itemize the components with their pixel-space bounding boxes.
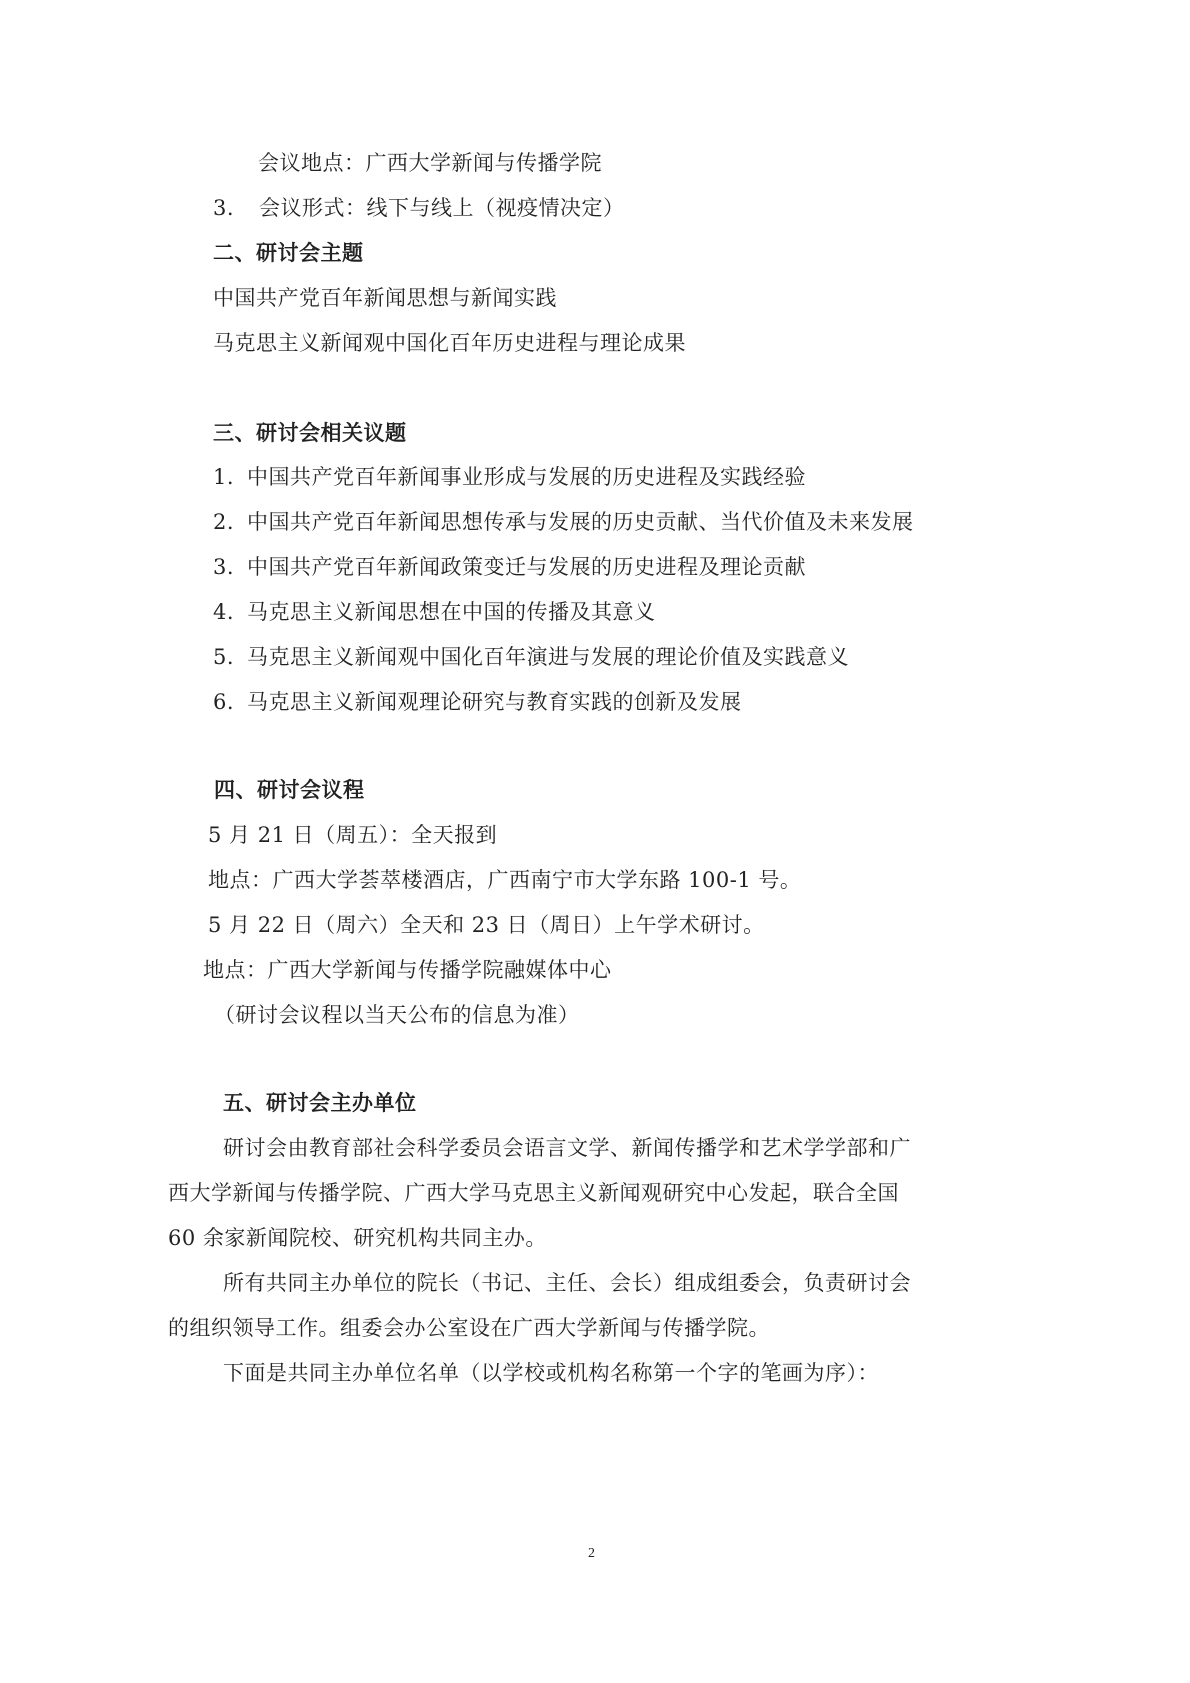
agenda-line: 5 月 22 日（周六）全天和 23 日（周日）上午学术研讨。 xyxy=(208,911,765,939)
agenda-line: 地点：广西大学新闻与传播学院融媒体中心 xyxy=(203,956,612,984)
venue-line: 会议地点：广西大学新闻与传播学院 xyxy=(258,149,602,177)
item-text: 中国共产党百年新闻政策变迁与发展的历史进程及理论贡献 xyxy=(247,555,806,579)
topic-item: 2.中国共产党百年新闻思想传承与发展的历史贡献、当代价值及未来发展 xyxy=(213,508,914,536)
item-number: 3. xyxy=(213,194,259,222)
item-number: 1. xyxy=(213,463,247,491)
paragraph-line: 西大学新闻与传播学院、广西大学马克思主义新闻观研究中心发起，联合全国 xyxy=(168,1179,899,1207)
paragraph-line: 下面是共同主办单位名单（以学校或机构名称第一个字的笔画为序）： xyxy=(223,1359,879,1387)
format-item: 3.会议形式：线下与线上（视疫情决定） xyxy=(213,194,625,222)
topic-item: 1.中国共产党百年新闻事业形成与发展的历史进程及实践经验 xyxy=(213,463,806,491)
topic-item: 6.马克思主义新闻观理论研究与教育实践的创新及发展 xyxy=(213,688,742,716)
section-heading-organizers: 五、研讨会主办单位 xyxy=(223,1089,417,1117)
item-text: 会议形式：线下与线上（视疫情决定） xyxy=(259,196,625,220)
agenda-line: 5 月 21 日（周五）：全天报到 xyxy=(208,821,497,849)
paragraph-line: 研讨会由教育部社会科学委员会语言文学、新闻传播学和艺术学学部和广 xyxy=(223,1134,911,1162)
paragraph-line: 所有共同主办单位的院长（书记、主任、会长）组成组委会，负责研讨会 xyxy=(223,1269,911,1297)
paragraph-line: 的组织领导工作。组委会办公室设在广西大学新闻与传播学院。 xyxy=(168,1314,770,1342)
page-number: 2 xyxy=(588,1546,595,1562)
theme-line: 马克思主义新闻观中国化百年历史进程与理论成果 xyxy=(213,329,686,357)
item-number: 4. xyxy=(213,598,247,626)
paragraph-line: 60 余家新闻院校、研究机构共同主办。 xyxy=(168,1224,547,1252)
item-number: 3. xyxy=(213,553,247,581)
agenda-line: 地点：广西大学荟萃楼酒店，广西南宁市大学东路 100-1 号。 xyxy=(208,866,801,894)
topic-item: 5.马克思主义新闻观中国化百年演进与发展的理论价值及实践意义 xyxy=(213,643,849,671)
item-text: 中国共产党百年新闻思想传承与发展的历史贡献、当代价值及未来发展 xyxy=(247,510,914,534)
item-number: 6. xyxy=(213,688,247,716)
section-heading-agenda: 四、研讨会议程 xyxy=(214,776,365,804)
topic-item: 4.马克思主义新闻思想在中国的传播及其意义 xyxy=(213,598,656,626)
item-text: 马克思主义新闻观中国化百年演进与发展的理论价值及实践意义 xyxy=(247,645,849,669)
theme-line: 中国共产党百年新闻思想与新闻实践 xyxy=(213,284,557,312)
item-text: 中国共产党百年新闻事业形成与发展的历史进程及实践经验 xyxy=(247,465,806,489)
section-heading-themes: 二、研讨会主题 xyxy=(213,239,364,267)
item-text: 马克思主义新闻观理论研究与教育实践的创新及发展 xyxy=(247,690,742,714)
item-text: 马克思主义新闻思想在中国的传播及其意义 xyxy=(247,600,656,624)
section-heading-topics: 三、研讨会相关议题 xyxy=(213,419,407,447)
topic-item: 3.中国共产党百年新闻政策变迁与发展的历史进程及理论贡献 xyxy=(213,553,806,581)
agenda-note: （研讨会议程以当天公布的信息为准） xyxy=(214,1001,580,1029)
item-number: 5. xyxy=(213,643,247,671)
item-number: 2. xyxy=(213,508,247,536)
